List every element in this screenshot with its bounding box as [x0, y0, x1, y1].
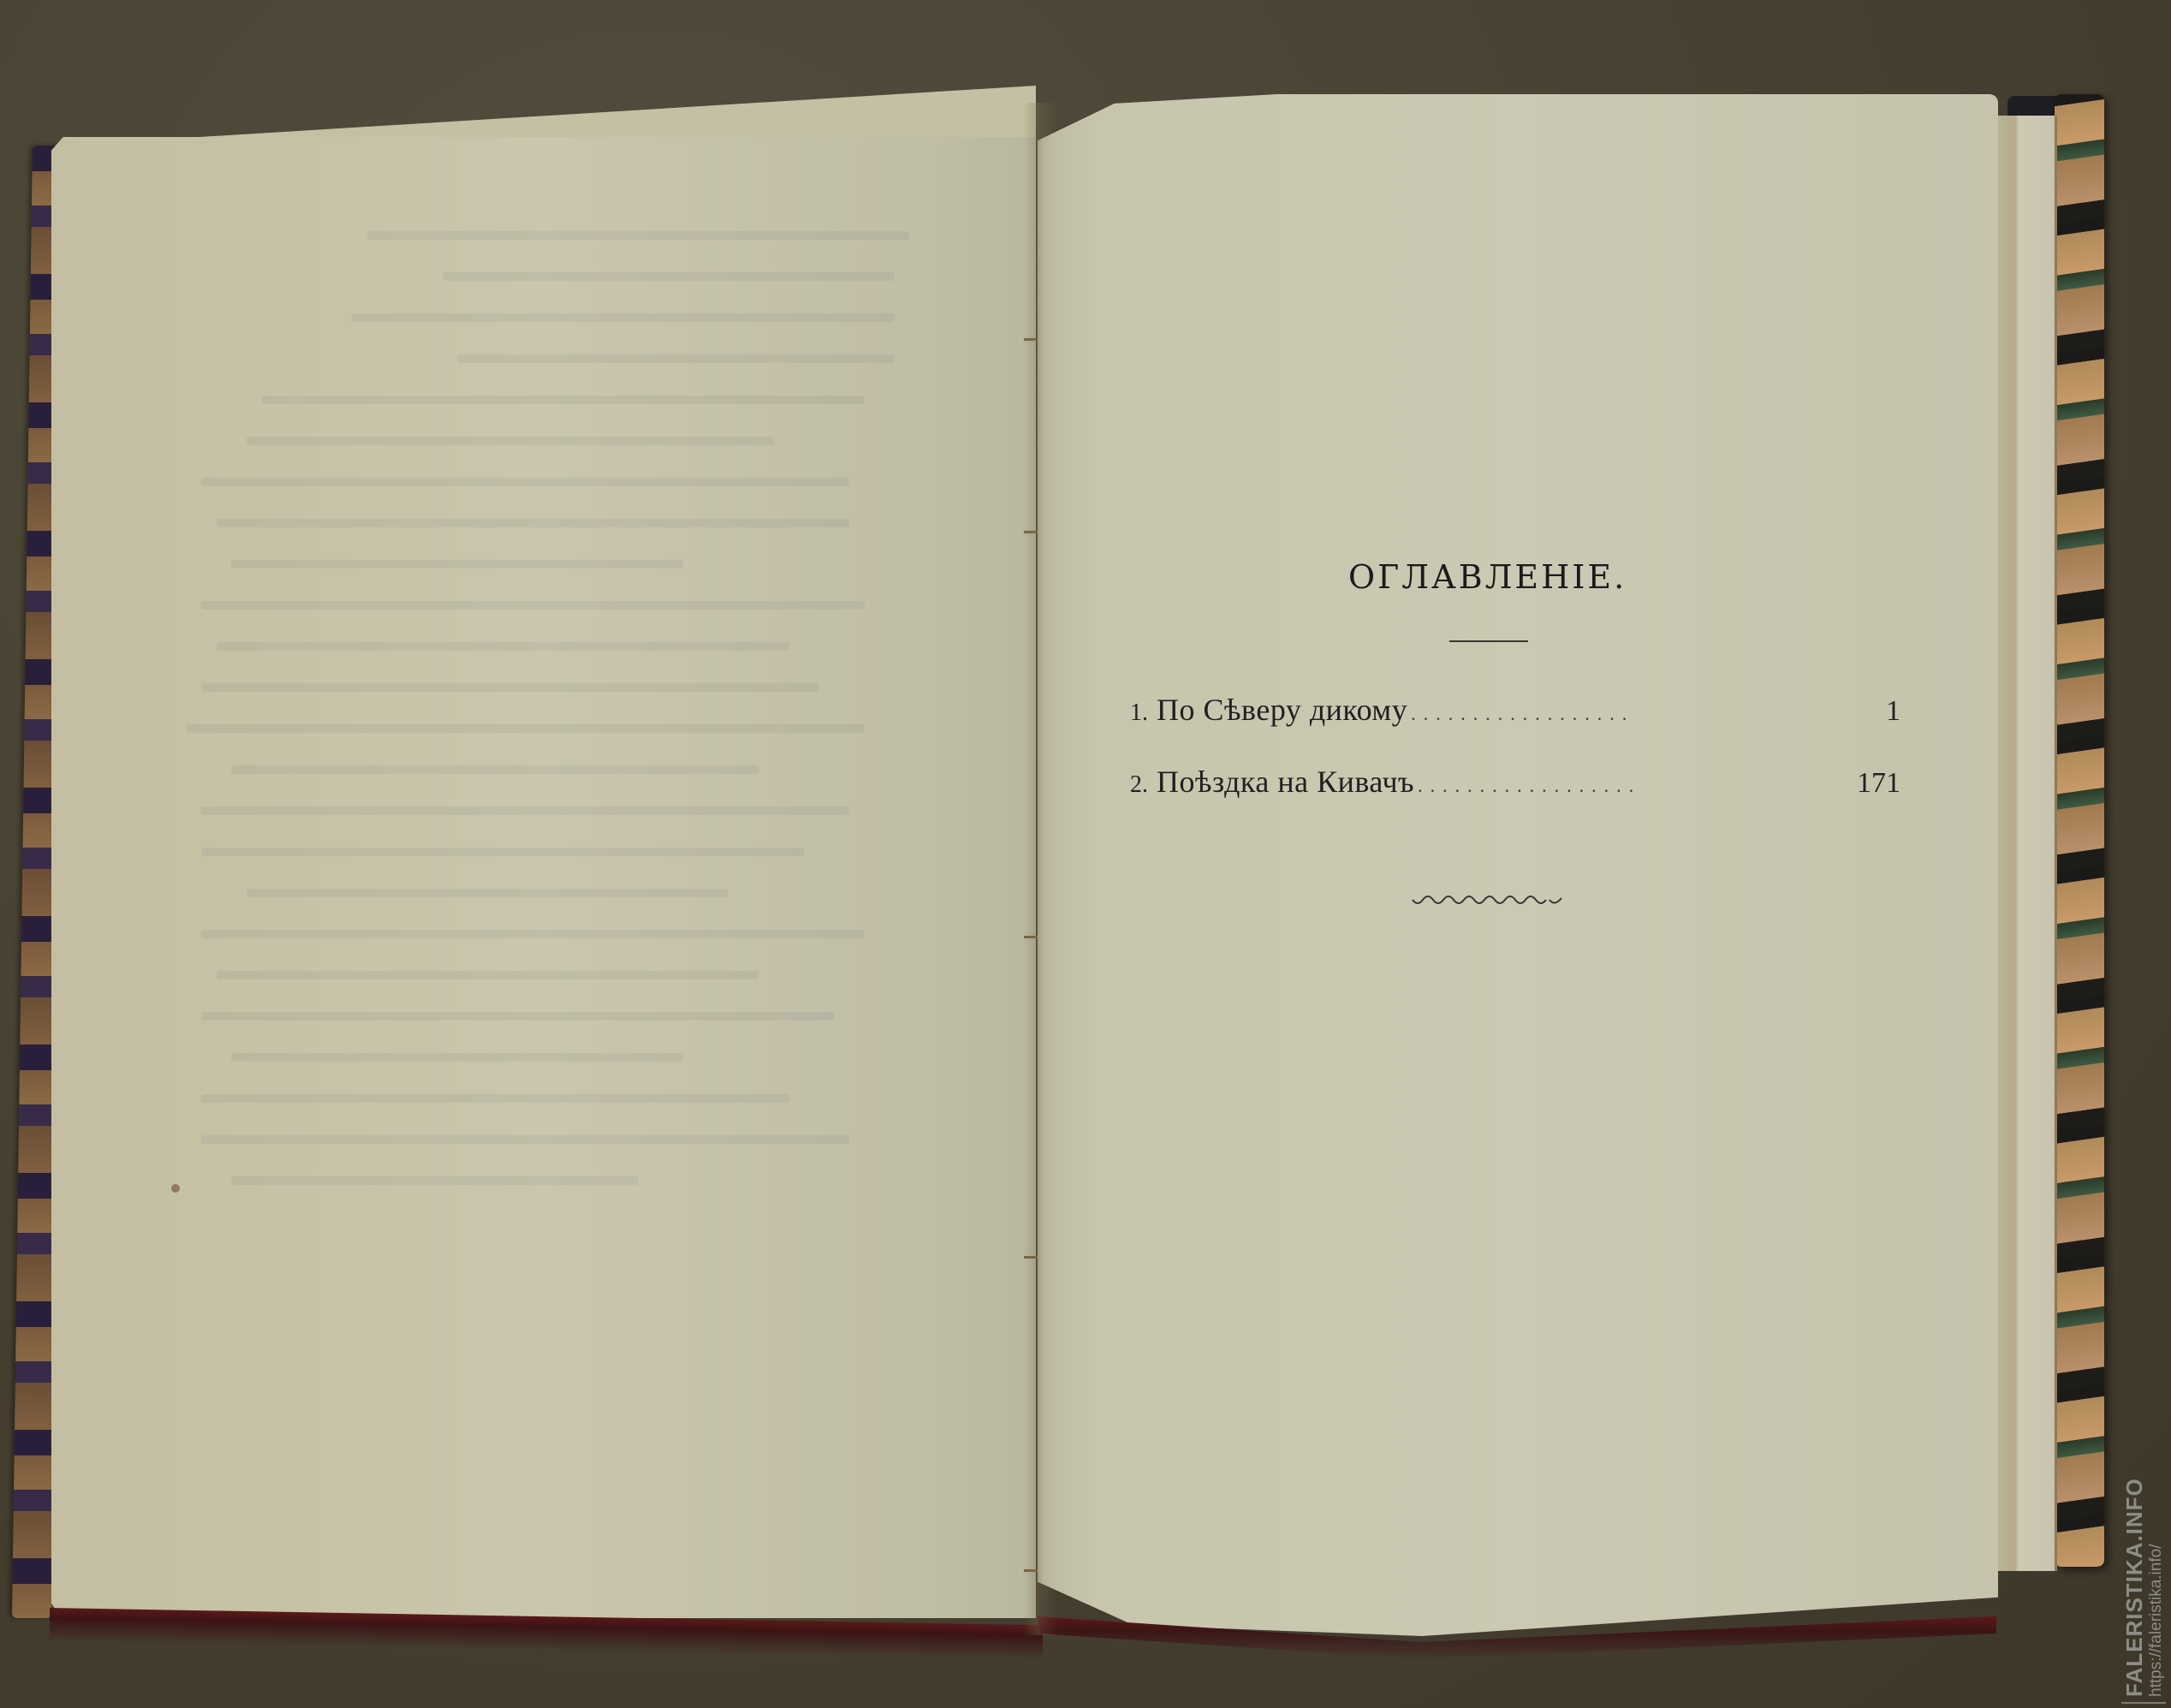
- entry-page-number: 1: [1866, 695, 1900, 728]
- page-block-edge: [1995, 116, 2057, 1571]
- binding-stitch: [1024, 531, 1038, 533]
- toc-heading: ОГЛАВЛЕНІЕ.: [1348, 558, 1627, 596]
- dot-leader: ..................: [1411, 703, 1858, 725]
- watermark-brand: FALERISTIKA.INFO: [2121, 1478, 2147, 1697]
- toc-entry: 2. Поѣздка на Кивачъ .................. …: [1130, 764, 1900, 806]
- open-book: ОГЛАВЛЕНІЕ. 1. По Сѣверу дикому ........…: [0, 0, 2171, 1708]
- entry-number: 1.: [1130, 699, 1148, 727]
- binding-stitch: [1024, 1569, 1038, 1572]
- binding-stitch: [1024, 1256, 1038, 1259]
- wavy-ornament-icon: [1411, 893, 1565, 910]
- binding-stitch: [1024, 936, 1038, 938]
- toc-entry: 1. По Сѣверу дикому .................. 1: [1130, 692, 1900, 735]
- heading-rule: [1449, 640, 1528, 642]
- binding-stitch: [1024, 338, 1038, 341]
- entry-number: 2.: [1130, 771, 1148, 799]
- entry-title: Поѣздка на Кивачъ: [1157, 764, 1414, 800]
- left-page-bleed-through: [171, 231, 925, 1473]
- entry-title: По Сѣверу дикому: [1157, 692, 1407, 728]
- right-cover-marbled-edge: [2055, 94, 2104, 1567]
- entry-page-number: 171: [1857, 767, 1900, 800]
- foxing-spot: [171, 1184, 180, 1193]
- right-page: [1038, 94, 1998, 1644]
- gutter: [1023, 103, 1057, 1635]
- dot-leader: ..................: [1418, 775, 1848, 797]
- watermark-url: https://faleristika.info/: [2147, 1478, 2166, 1697]
- watermark: FALERISTIKA.INFO https://faleristika.inf…: [2121, 1478, 2166, 1704]
